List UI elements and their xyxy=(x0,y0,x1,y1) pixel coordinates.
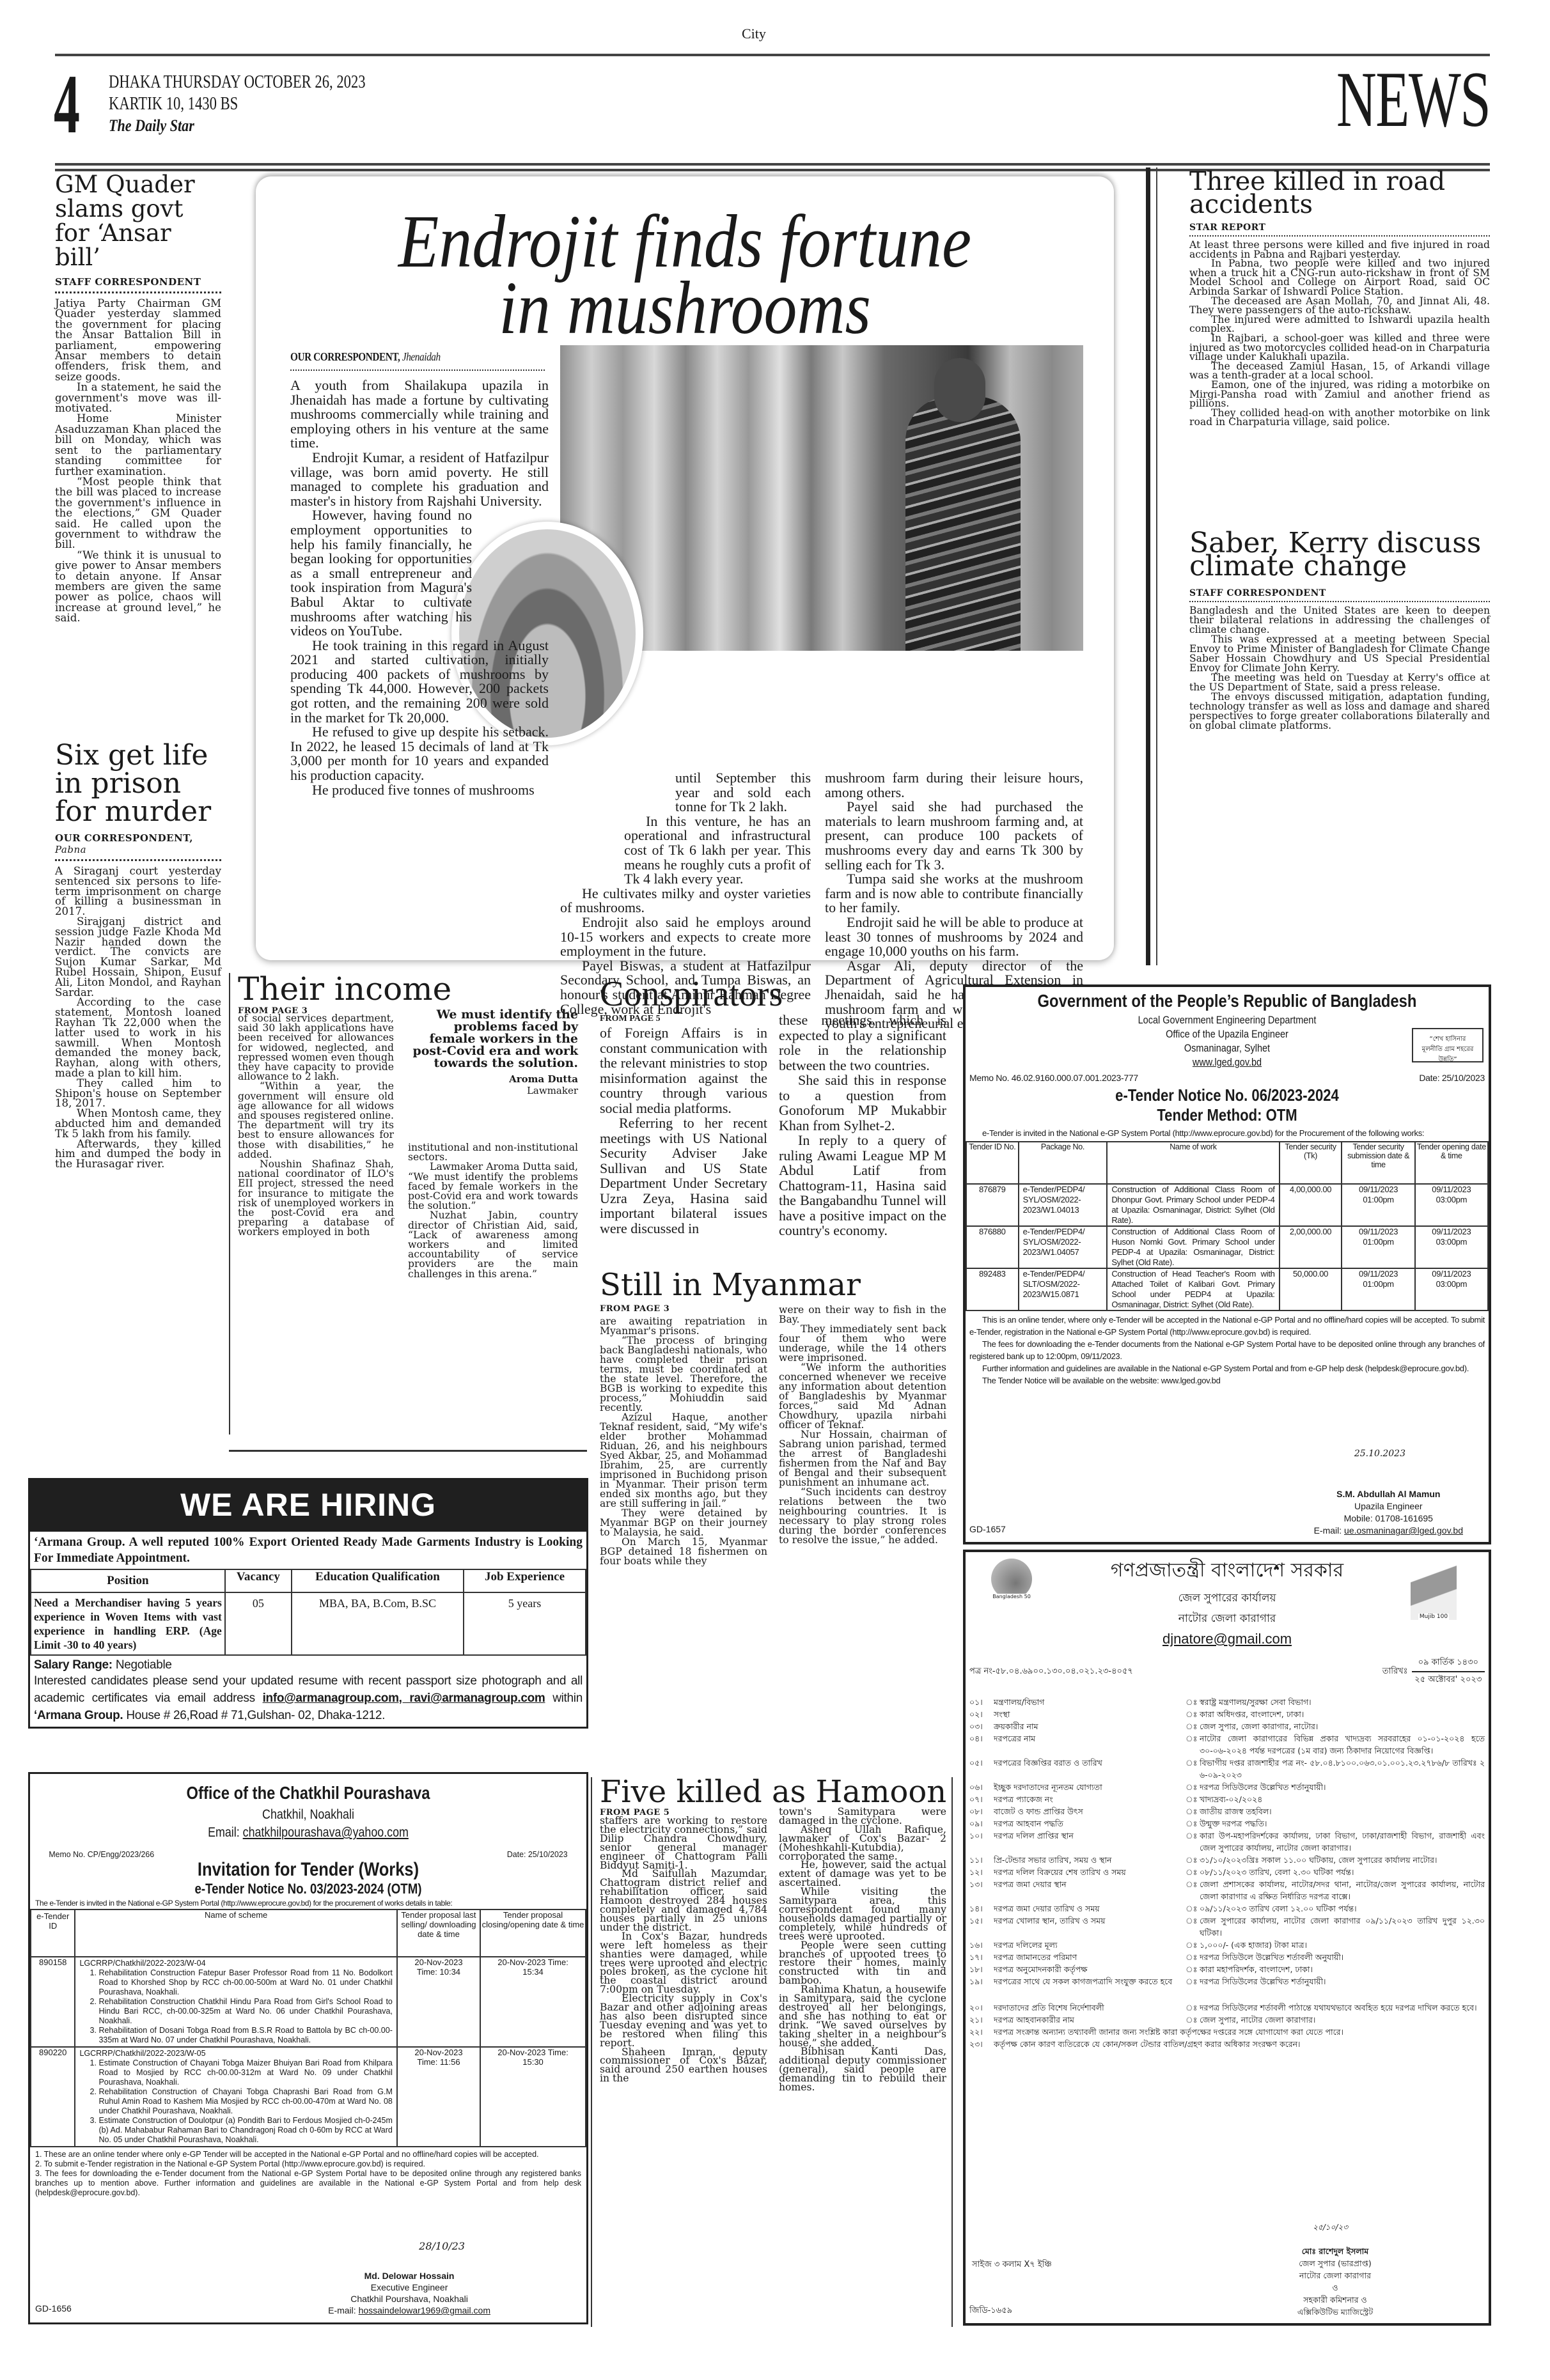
table-row: ০৪।দরপত্রের নামঃনাটোর জেলা কারাগারের বিভ… xyxy=(966,1732,1489,1757)
hamoon-frame-left xyxy=(591,1777,592,2327)
pull-quote-text: We must identify the problems faced by f… xyxy=(405,1009,578,1069)
table-row: ০৭।দরপত্র প্যাকেজ নংঃখাদ্যদ্রব্য-০২/২০২৪ xyxy=(966,1793,1489,1805)
table-row: ১৬।দরপত্র দলিলের মূল্যঃ১,০০০/- (এক হাজার… xyxy=(966,1939,1489,1951)
table-row: ১৪।দরপত্র জমা দেয়ার তারিখ ও সময়ঃ০৯/১১/… xyxy=(966,1902,1489,1915)
article-col-1: of social services department, said 30 l… xyxy=(238,1014,394,1238)
signer-email-link[interactable]: hossaindelowar1969@gmail.com xyxy=(359,2305,490,2315)
signer-block: মোঃ রাশেদুল ইসলাম জেল সুপার (ভারপ্রাপ্ত)… xyxy=(1297,2245,1373,2318)
hiring-table-row: Need a Merchandiser having 5 years exper… xyxy=(31,1592,586,1655)
section-label: City xyxy=(742,26,766,42)
tender-notes: This is an online tender, where only e-T… xyxy=(966,1311,1489,1389)
article-col-2: were on their way to fish in the Bay. Th… xyxy=(779,1305,946,1545)
table-row: ০৯।দরপত্র আহবান পদ্ধতিঃউন্মুক্ত দরপত্র প… xyxy=(966,1817,1489,1830)
natore-tender-table: ০১।মন্ত্রণালয়/বিভাগঃস্বরাষ্ট্র মন্ত্রণা… xyxy=(966,1696,1489,2050)
byline: OUR CORRESPONDENT,Pabna xyxy=(55,832,221,855)
top-rule xyxy=(55,54,1490,56)
byline: STAFF CORRESPONDENT xyxy=(55,276,221,288)
table-row: ১৩।দরপত্র জমা দেয়ার স্থানঃজেলা প্রশাসকে… xyxy=(966,1878,1489,1902)
ad-hiring-body: ‘Armana Group. A well reputed 100% Expor… xyxy=(28,1532,588,1729)
article-still-myanmar: Still in Myanmar FROM PAGE 3 are awaitin… xyxy=(600,1270,945,1314)
section-banner: NEWS xyxy=(1336,61,1490,138)
article-col-1: A youth from Shailakupa upazila in Jhena… xyxy=(290,378,549,797)
table-row: ১৮।দরপত্র অনুমোদনকারী কর্তৃপক্ষঃকারা মহা… xyxy=(966,1963,1489,1975)
hiring-intro: ‘Armana Group. A well reputed 100% Expor… xyxy=(30,1532,586,1569)
article-body: Jatiya Party Chairman GM Quader yesterda… xyxy=(55,299,221,624)
memo-row: Memo No. CP/Engg/2023/266Date: 25/10/202… xyxy=(44,1840,573,1859)
column-rule-thin xyxy=(1156,167,1157,965)
gd-number: GD-1657 xyxy=(969,1524,1006,1534)
divider xyxy=(1189,235,1490,237)
lged-tender-table: Tender ID No. Package No. Name of work T… xyxy=(966,1141,1489,1311)
hamoon-frame-right xyxy=(951,1777,953,2327)
tender-intro: The e-Tender is invited in the National … xyxy=(30,1897,586,1909)
feature-endrojit: Endrojit finds fortunein mushrooms OUR C… xyxy=(256,176,1114,960)
table-row: 892483 e-Tender/PEDP4/ SLT/OSM/2022-2023… xyxy=(966,1268,1488,1311)
signer-block: S.M. Abdullah Al Mamun Upazila Engineer … xyxy=(1314,1488,1463,1537)
byline: STAR REPORT xyxy=(1189,222,1490,233)
column-rule-double xyxy=(1146,167,1150,965)
table-row: ০১।মন্ত্রণালয়/বিভাগঃস্বরাষ্ট্র মন্ত্রণা… xyxy=(966,1696,1489,1708)
table-row: ০৩।ক্রয়কারীর নামঃজেল সুপার, জেলা কারাগা… xyxy=(966,1720,1489,1732)
ad-lged-tender: Government of the People’s Republic of B… xyxy=(963,984,1491,1544)
lged-location: Osmaninagar, Sylhet xyxy=(1005,1042,1449,1055)
table-row: ১২।দরপত্র দলিল বিক্রয়ের শেষ তারিখ ও সময… xyxy=(966,1866,1489,1878)
byline: STAFF CORRESPONDENT xyxy=(1189,588,1490,598)
ad-natore-jail-tender: Bangladesh 50 Mujib 100 গণপ্রজাতন্ত্রী ব… xyxy=(963,1550,1491,2326)
apply-email-link[interactable]: info@armanagroup.com, ravi@armanagroup.c… xyxy=(263,1692,545,1705)
headline: GM Quader slams govt for ‘Ansar bill’ xyxy=(55,173,221,270)
table-row: ২০।দরদাতাদের প্রতি বিশেষ নির্দেশাবলীঃদরপ… xyxy=(966,2002,1489,2014)
quote-title: Lawmaker xyxy=(405,1085,578,1096)
chatkhil-email: Email: chatkhilpourashava@yahoo.com xyxy=(72,1825,545,1840)
article-six-life: Six get life in prison for murder OUR CO… xyxy=(55,742,221,1169)
slogan-box: “শেখ হাসিনার মূলনীতি গ্রাম শহরের উন্নতি” xyxy=(1412,1028,1483,1062)
signer-block: Md. Delowar Hossain Executive Engineer C… xyxy=(328,2270,490,2316)
pull-quote: We must identify the problems faced by f… xyxy=(405,1009,578,1096)
headline: Their income xyxy=(238,973,583,1005)
table-row: ১০।দরপত্র দলিল প্রাপ্তির স্থানঃকারা উপ-ম… xyxy=(966,1830,1489,1854)
article-body: Bangladesh and the United States are kee… xyxy=(1189,606,1490,731)
salary-range: Salary Range: Negotiable xyxy=(30,1656,586,1672)
table-row: ২১।দরপত্র আহবানকারীর নামঃজেল সুপার, নাটো… xyxy=(966,2014,1489,2026)
table-row: ২৩।কর্তৃপক্ষ কোন কারণ ব্যতিরেকে যে কোন/স… xyxy=(966,2038,1489,2050)
headline: Conspirators xyxy=(600,977,945,1011)
table-row: ০৮।বাজেট ও ফান্ড প্রাপ্তির উৎসঃজাতীয় রা… xyxy=(966,1805,1489,1817)
lged-dept: Local Government Engineering Department xyxy=(1005,1014,1449,1027)
headline: Three killed in road accidents xyxy=(1189,170,1490,216)
headline: Saber, Kerry discuss climate change xyxy=(1189,532,1490,578)
table-header: Tender ID No. Package No. Name of work T… xyxy=(966,1142,1488,1184)
section-rule xyxy=(229,1450,587,1452)
article-col-2: these meetings, which is expected to pla… xyxy=(779,1013,946,1238)
table-row: ১১।প্রি-টেন্ডার সভার তারিখ, সময় ও স্থান… xyxy=(966,1854,1489,1866)
divider xyxy=(55,292,221,293)
divider xyxy=(55,859,221,861)
chatkhil-title: Office of the Chatkhil Pourashava xyxy=(72,1783,545,1803)
signer-email-link[interactable]: ue.osmaninagar@lged.gov.bd xyxy=(1344,1525,1463,1536)
lged-office: Office of the Upazila Engineer xyxy=(1005,1028,1449,1041)
chatkhil-email-link[interactable]: chatkhilpourashava@yahoo.com xyxy=(243,1825,409,1840)
tender-notes: 1. These are an online tender where only… xyxy=(30,2147,586,2200)
table-row: 876879 e-Tender/PEDP4/ SYL/OSM/2022-2023… xyxy=(966,1184,1488,1226)
table-row: 890158 LGCRRP/Chatkhil/2022-2023/W-04 Re… xyxy=(31,1957,586,2047)
article-body: At least three persons were killed and f… xyxy=(1189,240,1490,427)
memo-row: Memo No. 46.02.9160.000.07.001.2023-777D… xyxy=(966,1069,1489,1083)
gd-number: জিডি-১৬৫৯ xyxy=(969,2305,1012,2318)
article-gm-quader: GM Quader slams govt for ‘Ansar bill’ ST… xyxy=(55,173,221,624)
page-number: 4 xyxy=(54,63,80,146)
chatkhil-subtitle: Chatkhil, Noakhali xyxy=(72,1807,545,1823)
memo-row: পত্র নং-৫৮.০৪.৬৯০০.১৩০.০৪.০২১.২৩-৪০৫৭ তা… xyxy=(966,1647,1489,1687)
lged-website-link[interactable]: www.lged.gov.bd xyxy=(1005,1056,1449,1069)
headline: Five killed as Hamoon xyxy=(600,1778,945,1805)
gd-number: GD-1656 xyxy=(35,2303,72,2314)
apply-instructions: Interested candidates please send your u… xyxy=(30,1672,586,1727)
size-note: সাইজ ৩ কলাম X৭ ইঞ্চি xyxy=(972,2259,1052,2272)
tender-notice-no: e-Tender Notice No. 06/2023-2024 xyxy=(1005,1085,1449,1105)
article-col-2: institutional and non-institutional sect… xyxy=(408,1143,578,1279)
table-row: ০২।সংস্থাঃকারা অধিদপ্তর, বাংলাদেশ, ঢাকা। xyxy=(966,1708,1489,1720)
article-their-income: Their income FROM PAGE 3 of social servi… xyxy=(238,973,583,1016)
table-row: 876880 e-Tender/PEDP4/ SYL/OSM/2022-2023… xyxy=(966,1226,1488,1268)
article-body: A Siraganj court yesterday sentenced six… xyxy=(55,866,221,1169)
tender-method: Tender Method: OTM xyxy=(1005,1105,1449,1125)
table-row: ২২।দরপত্র সংক্রান্ত অন্যান্য তথ্যাবলী জা… xyxy=(966,2026,1489,2038)
hiring-table-header: Position Vacancy Education Qualification… xyxy=(31,1569,586,1592)
signature: ২৫/১০/২৩ xyxy=(1313,2222,1348,2235)
article-hamoon: Five killed as Hamoon FROM PAGE 5 staffe… xyxy=(600,1778,945,1817)
dateline: DHAKA THURSDAY OCTOBER 26, 2023 xyxy=(109,72,366,93)
table-row: ০৫।দরপত্রের বিজ্ঞপ্তির বরাত ও তারিখঃবিভা… xyxy=(966,1757,1489,1781)
table-header: e-Tender ID Name of scheme Tender propos… xyxy=(31,1909,586,1957)
article-col-1: are awaiting repatriation in Myanmar's p… xyxy=(600,1317,767,1566)
divider xyxy=(290,369,545,371)
signature: 28/10/23 xyxy=(419,2240,465,2252)
table-row: ১৫।দরপত্র খোলার স্থান, তারিখ ও সময়ঃজেল … xyxy=(966,1915,1489,1939)
paper-logo: The Daily Star xyxy=(109,116,194,136)
signature: 25.10.2023 xyxy=(1354,1449,1405,1459)
mujib-100-logo: Mujib 100 xyxy=(1411,1559,1457,1620)
article-col-2: town's Samitypara were damaged in the cy… xyxy=(779,1808,946,2092)
quote-name: Aroma Dutta xyxy=(405,1073,578,1085)
headline: Still in Myanmar xyxy=(600,1270,945,1300)
lged-title: Government of the People’s Republic of B… xyxy=(1005,991,1449,1011)
article-conspirators: Conspirators FROM PAGE 5 of Foreign Affa… xyxy=(600,977,945,1024)
article-col-1: of Foreign Affairs is in constant commun… xyxy=(600,1025,767,1236)
bengali-date: KARTIK 10, 1430 BS xyxy=(109,93,238,114)
tender-heading: Invitation for Tender (Works) xyxy=(72,1859,545,1881)
chatkhil-tender-table: e-Tender ID Name of scheme Tender propos… xyxy=(30,1909,586,2147)
hiring-banner: WE ARE HIRING xyxy=(28,1478,588,1532)
tender-intro: e-Tender is invited in the National e-GP… xyxy=(966,1125,1489,1141)
bangladesh-50-logo: Bangladesh 50 xyxy=(991,1559,1032,1599)
headline: Six get life in prison for murder xyxy=(55,742,221,826)
table-row: ১৭।দরপত্র জামানতের পরিমাণঃদরপত্র সিডিউলে… xyxy=(966,1951,1489,1963)
their-income-frame xyxy=(229,973,230,1435)
tender-notice-no: e-Tender Notice No. 03/2023-2024 (OTM) xyxy=(72,1881,545,1897)
table-row: 890220 LGCRRP/Chatkhil/2022-2023/W-05 Es… xyxy=(31,2047,586,2147)
article-col-1: staffers are working to restore the elec… xyxy=(600,1817,767,2083)
article-saber-kerry: Saber, Kerry discuss climate change STAF… xyxy=(1189,532,1490,731)
table-row: ০৬।ইচ্ছুক দরদাতাদের ন্যূনতম যোগ্যতাঃদরপত… xyxy=(966,1781,1489,1793)
person-figure xyxy=(905,396,1021,651)
natore-email-link[interactable]: djnatore@gmail.com xyxy=(966,1631,1489,1647)
divider xyxy=(1189,601,1490,602)
table-row: ১৯।দরপত্রের সাথে যে সকল কাগজপত্রাদি সংযু… xyxy=(966,1975,1489,2002)
headline: Endrojit finds fortunein mushrooms xyxy=(308,208,1063,341)
masthead-rule-1 xyxy=(55,163,1490,166)
byline: OUR CORRESPONDENT, Jhenaidah xyxy=(290,350,441,364)
person-head xyxy=(934,358,985,422)
ad-chatkhil-tender: Office of the Chatkhil Pourashava Chatkh… xyxy=(28,1772,588,2324)
hiring-table: Position Vacancy Education Qualification… xyxy=(30,1569,586,1656)
article-three-killed: Three killed in road accidents STAR REPO… xyxy=(1189,170,1490,427)
